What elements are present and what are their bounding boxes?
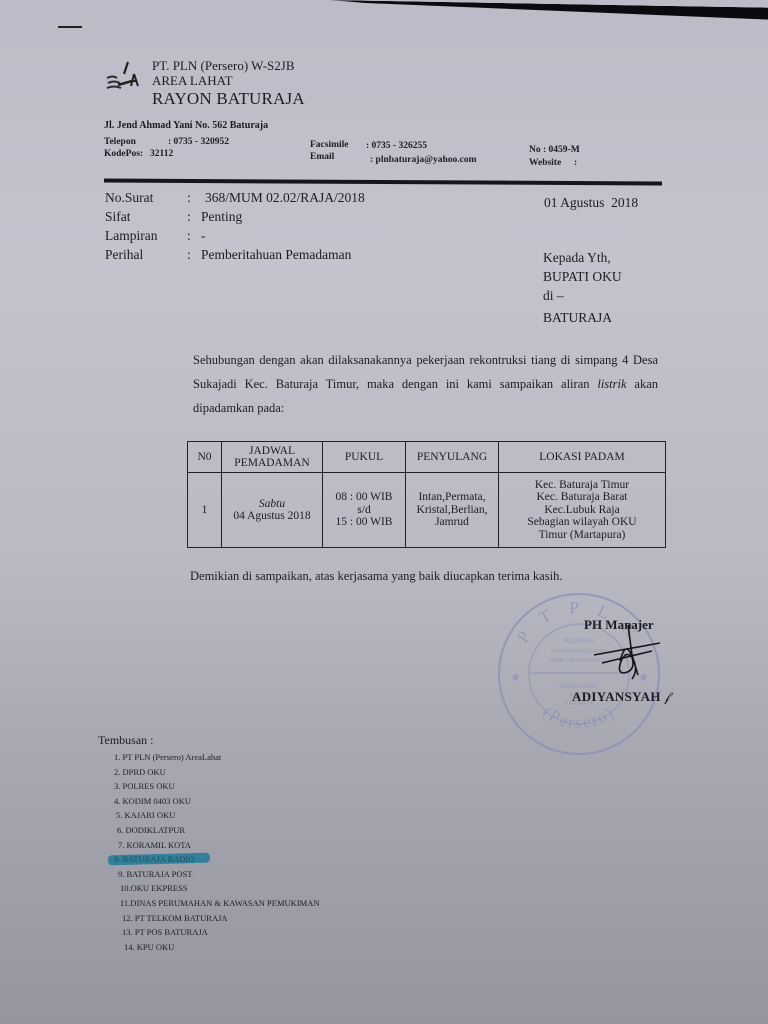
meta-colon: :: [187, 207, 201, 226]
svg-text:WILAYAH: WILAYAH: [564, 638, 594, 645]
meta-value: Penting: [201, 207, 242, 226]
tembusan-item-text: 12. PT TELKOM BATURAJA: [122, 913, 227, 923]
meta-value: -: [201, 226, 206, 245]
recipient-name: BUPATI OKU: [543, 267, 622, 286]
website-label: Website: [529, 158, 561, 168]
meta-row-lampiran: Lampiran : -: [105, 226, 365, 245]
header-lokasi: LOKASI PADAM: [499, 442, 666, 473]
tembusan-item-text: 6. DODIKLATPUR: [117, 825, 185, 835]
tembusan-item-text: 1. PT PLN (Persero) AreaLahat: [114, 752, 221, 762]
schedule-day: Sabtu: [225, 498, 319, 511]
body-text-main: Sehubungan dengan akan dilaksanakannya p…: [193, 353, 658, 391]
website-value: :: [574, 158, 577, 168]
company-name: PT. PLN (Persero) W-S2JB: [152, 58, 295, 74]
meta-value: Pemberitahuan Pemadaman: [201, 245, 351, 264]
table-row: 1 Sabtu 04 Agustus 2018 08 : 00 WIB s/d …: [188, 473, 666, 548]
header-penyulang: PENYULANG: [406, 442, 499, 473]
location-line: Kec. Baturaja Barat: [502, 491, 662, 504]
tembusan-item-text: 3. POLRES OKU: [114, 781, 175, 791]
tembusan-item: 2. DPRD OKU: [114, 765, 319, 780]
photo-edge-shadow: [330, 0, 768, 20]
tembusan-item-text: 14. KPU OKU: [124, 942, 174, 952]
tembusan-item: 14. KPU OKU: [114, 940, 319, 955]
tembusan-item-text: 7. KORAMIL KOTA: [118, 840, 191, 850]
cell-jadwal: Sabtu 04 Agustus 2018: [222, 473, 323, 548]
facsimile-value: : 0735 - 326255: [366, 141, 427, 151]
time-end: 15 : 00 WIB: [326, 516, 402, 529]
meta-key: Lampiran: [105, 226, 187, 245]
handwritten-signature-icon: [592, 625, 662, 685]
meta-row-perihal: Perihal : Pemberitahuan Pemadaman: [105, 245, 365, 264]
meta-row-no-surat: No.Surat : 368/MUM 02.02/RAJA/2018: [105, 188, 365, 207]
feeder-line: Jamrud: [409, 516, 495, 529]
email-value: : plnbaturaja@yahoo.com: [370, 155, 476, 165]
company-rayon: RAYON BATURAJA: [152, 89, 305, 109]
feeder-line: Kristal,Berlian,: [409, 504, 495, 517]
tembusan-item: 5. KAJARI OKU: [114, 808, 319, 823]
svg-text:★: ★: [510, 670, 521, 684]
company-address: Jl. Jend Ahmad Yani No. 562 Baturaja: [104, 120, 268, 131]
body-paragraph: Sehubungan dengan akan dilaksanakannya p…: [193, 348, 658, 420]
time-start: 08 : 00 WIB: [326, 491, 402, 504]
tembusan-list: 1. PT PLN (Persero) AreaLahat2. DPRD OKU…: [114, 750, 319, 954]
header-divider: [104, 179, 662, 186]
header-no: N0: [188, 442, 222, 473]
recipient-block: Kepada Yth, BUPATI OKU di –: [543, 248, 622, 305]
feeder-line: Intan,Permata,: [409, 491, 495, 504]
kodepos-label: KodePos:: [104, 149, 143, 159]
email-label: Email: [310, 152, 334, 162]
cell-no: 1: [188, 473, 222, 548]
tembusan-item: 10.OKU EKPRESS: [114, 881, 319, 896]
tembusan-item-text: 4. KODIM 0403 OKU: [114, 796, 191, 806]
tembusan-item-text: 10.OKU EKPRESS: [120, 883, 188, 893]
telepon-value: : 0735 - 320952: [168, 137, 229, 147]
tembusan-item-text: 9. BATURAJA POST: [118, 869, 192, 879]
signatory-name: ADIYANSYAH 𝒻: [572, 689, 670, 705]
meta-value: 368/MUM 02.02/RAJA/2018: [201, 188, 365, 207]
location-line: Sebagian wilayah OKU: [502, 516, 662, 529]
meta-key: No.Surat: [105, 188, 187, 207]
time-separator: s/d: [326, 504, 402, 517]
tembusan-item-text: 11.DINAS PERUMAHAN & KAWASAN PEMUKIMAN: [120, 898, 319, 908]
meta-row-sifat: Sifat : Penting: [105, 207, 365, 226]
recipient-city: BATURAJA: [543, 310, 612, 326]
meta-key: Sifat: [105, 207, 187, 226]
tembusan-item-text: 2. DPRD OKU: [114, 767, 166, 777]
telepon-label: Telepon: [104, 137, 136, 147]
tembusan-item-text: 5. KAJARI OKU: [116, 810, 175, 820]
location-line: Kec.Lubuk Raja: [502, 504, 662, 517]
tembusan-title: Tembusan :: [98, 733, 153, 748]
tembusan-item-text: 13. PT POS BATURAJA: [122, 927, 208, 937]
meta-key: Perihal: [105, 245, 187, 264]
closing-sentence: Demikian di sampaikan, atas kerjasama ya…: [190, 569, 562, 584]
pln-logo-icon: [104, 60, 148, 94]
tembusan-item: 6. DODIKLATPUR: [114, 823, 319, 838]
meta-colon: :: [187, 245, 201, 264]
letter-meta: No.Surat : 368/MUM 02.02/RAJA/2018 Sifat…: [105, 188, 365, 264]
meta-colon: :: [187, 188, 201, 207]
header-pukul: PUKUL: [323, 442, 406, 473]
tembusan-item: 4. KODIM 0403 OKU: [114, 794, 319, 809]
cell-penyulang: Intan,Permata, Kristal,Berlian, Jamrud: [406, 473, 499, 548]
document-number: No : 0459-M: [529, 145, 580, 155]
kodepos-value: 32112: [150, 149, 173, 159]
facsimile-label: Facsimile: [310, 140, 349, 150]
cell-pukul: 08 : 00 WIB s/d 15 : 00 WIB: [323, 473, 406, 548]
schedule-table: N0 JADWAL PEMADAMAN PUKUL PENYULANG LOKA…: [187, 441, 666, 548]
tembusan-item: 12. PT TELKOM BATURAJA: [114, 911, 319, 926]
recipient-di: di –: [543, 286, 622, 305]
tembusan-item: 7. KORAMIL KOTA: [114, 838, 319, 853]
tembusan-item: 13. PT POS BATURAJA: [114, 925, 319, 940]
meta-colon: :: [187, 226, 201, 245]
tembusan-item-text: 8. BATURAJA RADIO: [114, 854, 195, 864]
signatory-name-text: ADIYANSYAH: [572, 689, 661, 704]
tembusan-item: 3. POLRES OKU: [114, 779, 319, 794]
header-jadwal: JADWAL PEMADAMAN: [222, 442, 323, 473]
location-line: Timur (Martapura): [502, 529, 662, 542]
cell-lokasi: Kec. Baturaja Timur Kec. Baturaja Barat …: [499, 473, 666, 548]
tembusan-item: 9. BATURAJA POST: [114, 867, 319, 882]
location-line: Kec. Baturaja Timur: [502, 479, 662, 492]
stray-mark: [58, 26, 82, 28]
company-area: AREA LAHAT: [152, 73, 233, 89]
letter-date: 01 Agustus 2018: [544, 195, 638, 211]
initial-mark: 𝒻: [664, 689, 670, 704]
recipient-salutation: Kepada Yth,: [543, 248, 622, 267]
body-text-italic: listrik: [597, 377, 626, 391]
table-header-row: N0 JADWAL PEMADAMAN PUKUL PENYULANG LOKA…: [188, 442, 666, 473]
tembusan-item: 1. PT PLN (Persero) AreaLahat: [114, 750, 319, 765]
tembusan-item: 11.DINAS PERUMAHAN & KAWASAN PEMUKIMAN: [114, 896, 319, 911]
schedule-date: 04 Agustus 2018: [225, 510, 319, 523]
tembusan-item: 8. BATURAJA RADIO: [114, 852, 319, 867]
